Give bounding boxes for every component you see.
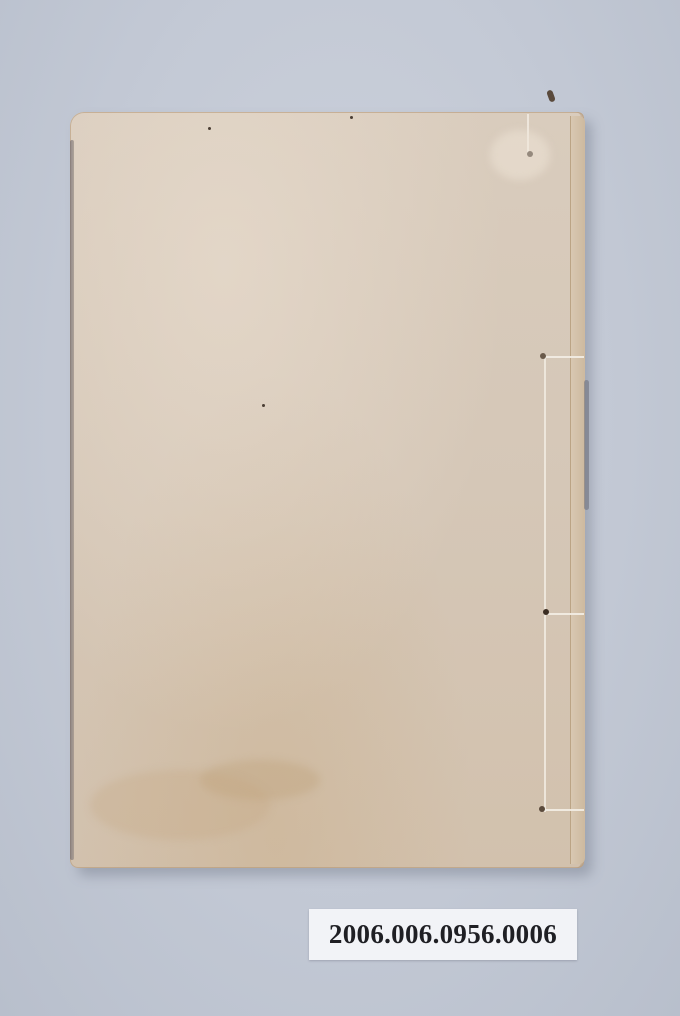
binding-thread-vertical xyxy=(544,354,546,812)
book-cover xyxy=(70,112,584,868)
speck xyxy=(262,404,265,407)
binding-thread-loop xyxy=(544,613,584,615)
book-spine-edge xyxy=(570,116,585,864)
binding-hole xyxy=(539,806,545,812)
accession-number: 2006.006.0956.0006 xyxy=(329,919,557,950)
book-left-edge xyxy=(70,140,74,860)
photograph: 2006.006.0956.0006 xyxy=(0,0,680,1016)
binding-hole xyxy=(540,353,546,359)
cover-stain xyxy=(490,130,550,180)
speck xyxy=(208,127,211,130)
accession-label: 2006.006.0956.0006 xyxy=(309,909,577,960)
binding-hole xyxy=(543,609,549,615)
water-stain xyxy=(90,770,270,840)
speck xyxy=(350,116,353,119)
binding-thread-loop xyxy=(544,809,584,811)
binding-thread-loop xyxy=(544,356,584,358)
spine-shadow xyxy=(584,380,589,510)
pin xyxy=(546,89,556,102)
